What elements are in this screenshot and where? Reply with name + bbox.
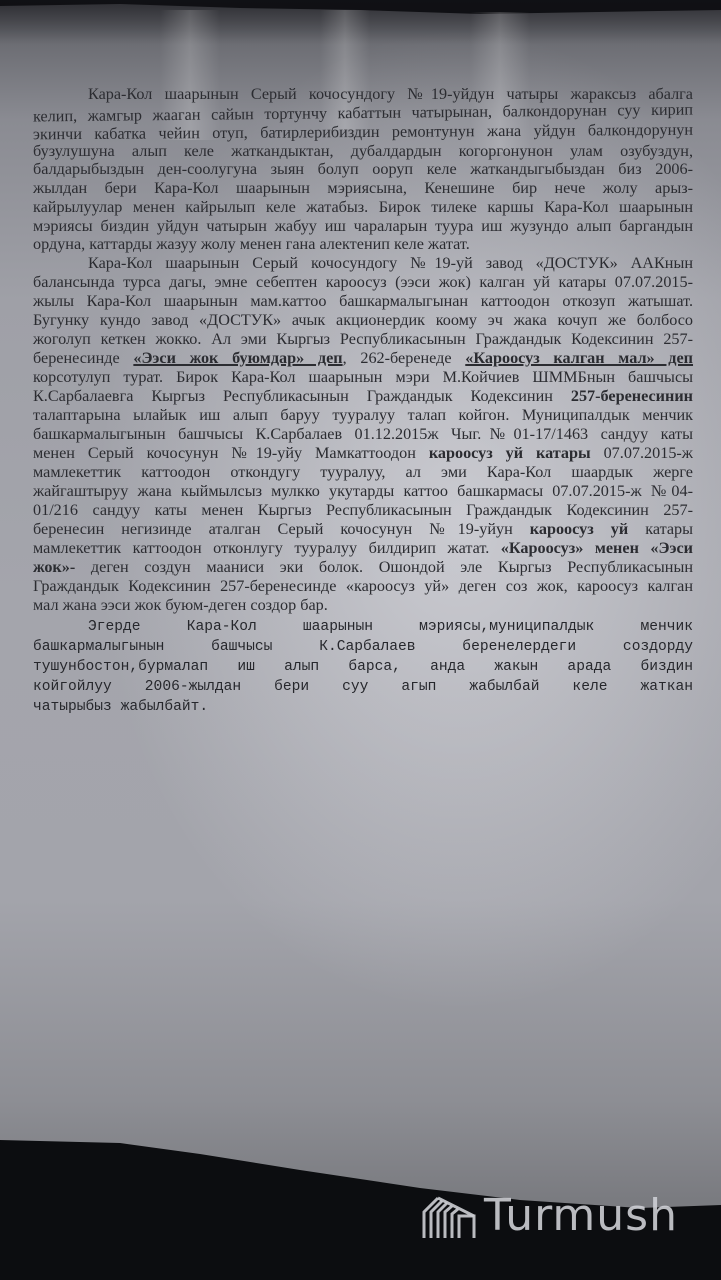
text-run: менен Серый кочосунун №19-уйу Мамкаттоод… <box>33 444 429 462</box>
text-line: башкармалыгынын башчысы К.Сарбалаев бере… <box>33 637 693 657</box>
text-line: жайгаштыруу жана кыймылсыз мулкко укутар… <box>33 481 693 501</box>
underlined-phrase: «Кароосуз калган мал» деп <box>465 349 693 367</box>
text-line: жылы Кара-Кол шаарынын мам.каттоо башкар… <box>33 291 693 311</box>
bold-phrase: кароосуз уй <box>530 520 628 538</box>
text-line: мал жана ээси жок буюм-деген создор бар. <box>33 595 693 615</box>
text-run: беренесин негизинде аталган Серый кочосу… <box>33 520 530 538</box>
text-run: мамлекеттик каттоодон отконлугу тууралуу… <box>33 539 501 557</box>
text-line: жок»- деген создун мааниси эки болок. Ош… <box>33 557 693 577</box>
text-line: беренесин негизинде аталган Серый кочосу… <box>33 519 693 539</box>
text-run: катары <box>628 520 693 538</box>
bold-phrase: кароосуз уй катары <box>429 444 591 462</box>
bold-phrase: жок»- <box>33 558 75 576</box>
text-line: жоголуп кеткен жокко. Ал эми Кыргыз Респ… <box>33 329 693 349</box>
text-line: бузулушуна алып келе жаткандыктан, дубал… <box>33 141 693 161</box>
text-line: мамлекеттик каттоодон отконлугу тууралуу… <box>33 538 693 558</box>
text-run: , 262-беренеде <box>343 349 466 367</box>
text-line: корсотулуп турат. Бирок Кара-Кол шаарыны… <box>33 367 693 387</box>
text-line: ордуна, каттарды жазуу жолу менен гана а… <box>33 234 693 254</box>
text-line: Эгерде Кара-Кол шаарынын мэриясы,муницип… <box>88 617 693 637</box>
text-line: талаптарына ылайык иш алып баруу тууралу… <box>33 405 693 425</box>
text-line: койгойлуу 2006-жылдан бери суу агып жабы… <box>33 677 693 697</box>
text-line: башкармалыгынын башчысы К.Сарбалаев 01.1… <box>33 424 693 444</box>
text-line: мэриясы биздин уйдун чатырын жабуу иш ча… <box>33 216 693 236</box>
text-run: деген создун мааниси эки болок. Ошондой … <box>75 558 693 576</box>
text-line: Кара-Кол шаарынын Серый кочосундогу №19-… <box>88 253 693 273</box>
watermark-text: Turmush <box>484 1194 678 1238</box>
text-line: чатырыбыз жабылбайт. <box>33 697 693 717</box>
text-line: жылдан бери Кара-Кол шаарынын мэриясына,… <box>33 178 693 198</box>
turmush-watermark: Turmush <box>420 1182 690 1238</box>
text-line: беренесинде «Ээси жок буюмдар» деп, 262-… <box>33 348 693 368</box>
house-lines-icon <box>420 1192 478 1238</box>
bold-phrase: 257-беренесинин <box>571 387 693 405</box>
text-run: беренесинде <box>33 349 133 367</box>
text-line: Бугунку кундо завод «ДОСТУК» ачык акцион… <box>33 310 693 330</box>
bold-phrase: «Кароосуз» менен «Ээси <box>501 539 693 557</box>
text-line: менен Серый кочосунун №19-уйу Мамкаттоод… <box>33 443 693 463</box>
text-line: тушунбостон,бурмалап иш алып барса, анда… <box>33 657 693 677</box>
text-run: К.Сарбалаевга Кыргыз Республикасынын Гра… <box>33 387 571 405</box>
text-line: балансында турса дагы, эмне себептен кар… <box>33 272 693 292</box>
text-line: балдарыбыздын ден-соолугуна зыян болуп о… <box>33 159 693 179</box>
text-line: 01/216 сандуу каты менен Кыргыз Республи… <box>33 500 693 520</box>
text-line: кайрылуулар менен кайрылып келе жатабыз.… <box>33 197 693 217</box>
underlined-phrase: «Ээси жок буюмдар» деп <box>133 349 342 367</box>
text-line: мамлекеттик каттоодон откондугу тууралуу… <box>33 462 693 482</box>
text-run: 07.07.2015-ж <box>591 444 693 462</box>
text-line: Граждандык Кодексинин 257-беренесинде «к… <box>33 576 693 596</box>
text-line: К.Сарбалаевга Кыргыз Республикасынын Гра… <box>33 386 693 406</box>
